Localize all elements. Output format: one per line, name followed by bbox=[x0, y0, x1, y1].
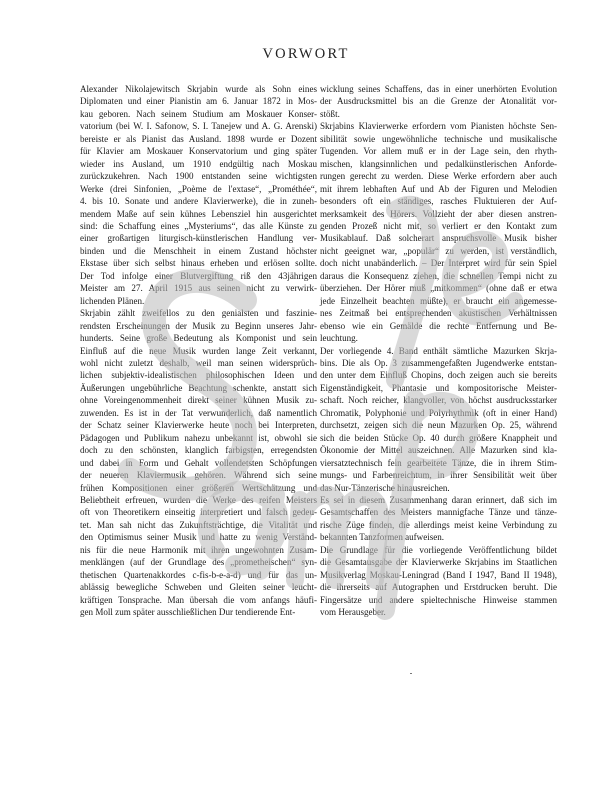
text-line: die Gesamtausgabe der Klavierwerke Skrja… bbox=[320, 556, 557, 568]
text-line: der Schatz seiner Klavierwerke heute noc… bbox=[80, 419, 317, 431]
text-line: kau geboren. Nach seinem Studium am Mosk… bbox=[80, 108, 317, 120]
text-line: das Nur-Tänzerische hinausreichen. bbox=[320, 482, 557, 494]
text-line: stößt. bbox=[320, 108, 557, 120]
text-line: menklängen (auf der Grundlage des „prome… bbox=[80, 556, 317, 568]
text-line: Die Grundlage für die vorliegende Veröff… bbox=[320, 544, 557, 556]
text-line: Ökonomie der Mittel auszeichnen. Alle Ma… bbox=[320, 444, 557, 456]
text-line: vatorium (bei W. I. Safonow, S. I. Tanej… bbox=[80, 120, 317, 132]
text-line: rungen gerecht zu werden. Diese Werke er… bbox=[320, 170, 557, 182]
paragraph: Skrjabins Klavierwerke erfordern vom Pia… bbox=[320, 120, 557, 344]
text-line: vom Herausgeber. bbox=[320, 606, 557, 618]
text-line: Der Tod infolge einer Blutvergiftung riß… bbox=[80, 270, 317, 282]
text-line: gen Moll zum später ausschließlichen Dur… bbox=[80, 606, 317, 618]
page-speck bbox=[410, 673, 412, 674]
text-line: bereiste er als Pianist das Ausland. 189… bbox=[80, 133, 317, 145]
text-line: sich die beiden Stücke Op. 40 durch größ… bbox=[320, 432, 557, 444]
text-line: rische Züge finden, die allerdings meist… bbox=[320, 519, 557, 531]
text-line: den Optimismus seiner Musik und hatte zu… bbox=[80, 531, 317, 543]
text-line: genden Prozeß nicht mit, so verliert er … bbox=[320, 220, 557, 232]
text-line: besonders oft ein ständiges, rasches Flu… bbox=[320, 195, 557, 207]
text-line: 4. bis 10. Sonate und andere Klavierwerk… bbox=[80, 195, 317, 207]
text-line: schaft. Noch reicher, klangvoller, von h… bbox=[320, 394, 557, 406]
paragraph: Skrjabin zählt zweifellos zu den genials… bbox=[80, 307, 317, 618]
text-line: und dabei in Form und Gehalt vollendetst… bbox=[80, 457, 317, 469]
text-line: rendsten Erscheinungen der Musik zu Begi… bbox=[80, 320, 317, 332]
paragraph: Alexander Nikolajewitsch Skrjabin wurde … bbox=[80, 83, 317, 307]
text-line: Alexander Nikolajewitsch Skrjabin wurde … bbox=[80, 83, 317, 95]
text-line: oft von Theoretikern einseitig interpret… bbox=[80, 506, 317, 518]
text-line: doch nicht unabänderlich. – Der Interpre… bbox=[320, 257, 557, 269]
text-line: mit ihrem lebhaften Auf und Ab der Figur… bbox=[320, 183, 557, 195]
text-line: Ekstase über sich selbst hinaus erheben … bbox=[80, 257, 317, 269]
text-line: daraus die Konsequenz ziehen, die schnel… bbox=[320, 270, 557, 282]
text-line: Pädagogen und Publikum nahezu unbekannt … bbox=[80, 432, 317, 444]
text-line: Chromatik, Polyphonie und Polyrhythmik (… bbox=[320, 407, 557, 419]
text-line: überziehen. Der Hörer muß „mitkommen“ (o… bbox=[320, 282, 557, 294]
text-line: Musikverlag Moskau-Leningrad (Band I 194… bbox=[320, 569, 557, 581]
text-line: durchsetzt, zeigen sich die neun Mazurke… bbox=[320, 419, 557, 431]
text-line: der neueren Klaviermusik gehören. Währen… bbox=[80, 469, 317, 481]
text-line: Werke (drei Sinfonien, „Poème de l'extas… bbox=[80, 183, 317, 195]
paragraph: Die Grundlage für die vorliegende Veröff… bbox=[320, 544, 557, 619]
text-line: Skrjabins Klavierwerke erfordern vom Pia… bbox=[320, 120, 557, 132]
text-line: wieder ins Ausland, um 1910 endgültig na… bbox=[80, 158, 317, 170]
text-line: Musikablauf. Daß solcherart anspruchsvol… bbox=[320, 232, 557, 244]
text-line: bekannten Tanzformen aufweisen. bbox=[320, 531, 557, 543]
text-line: Der vorliegende 4. Band enthält sämtlich… bbox=[320, 345, 557, 357]
text-line: ablässig bewegliche Schweben und Gleiten… bbox=[80, 581, 317, 593]
paragraph: Der vorliegende 4. Band enthält sämtlich… bbox=[320, 345, 557, 494]
text-line: jede Einzelheit beachten müßte), er brau… bbox=[320, 295, 557, 307]
text-line: leuchtung. bbox=[320, 332, 557, 344]
text-line: Es sei in diesem Zusammenhang daran erin… bbox=[320, 494, 557, 506]
left-column: Alexander Nikolajewitsch Skrjabin wurde … bbox=[80, 83, 317, 618]
text-line: der Ausdrucksmittel bis an die Grenze de… bbox=[320, 95, 557, 107]
text-line: ohne Voreingenommenheit direkt seiner kü… bbox=[80, 394, 317, 406]
text-line: die ihrerseits auf Autographen und Erstd… bbox=[320, 581, 557, 593]
text-line: Beliebtheit erfreuen, wurden die Werke d… bbox=[80, 494, 317, 506]
text-line: ebenso wie ein Gemälde die rechte Entfer… bbox=[320, 320, 557, 332]
text-line: merksamkeit des Hörers. Vollzieht der ab… bbox=[320, 208, 557, 220]
text-line: wicklung seines Schaffens, das in einer … bbox=[320, 83, 557, 95]
text-line: hunderts. Seine große Bedeutung als Komp… bbox=[80, 332, 317, 344]
text-line: bins. Die als Op. 3 zusammengefaßten Jug… bbox=[320, 357, 557, 369]
text-line: tet. Man sah nicht das Zukunftsträchtige… bbox=[80, 519, 317, 531]
text-line: frühen Kompositionen einer größeren Wert… bbox=[80, 482, 317, 494]
text-line: mischen, klangsinnlichen und pedalkünstl… bbox=[320, 158, 557, 170]
text-line: binden und die Menschheit in einem Zusta… bbox=[80, 245, 317, 257]
text-line: Meister am 27. April 1915 aus seinen nic… bbox=[80, 282, 317, 294]
text-line: nicht geeignet war, „populär“ zu werden,… bbox=[320, 245, 557, 257]
text-line: viersatztechnisch fein gearbeitete Tänze… bbox=[320, 457, 557, 469]
paragraph: Es sei in diesem Zusammenhang daran erin… bbox=[320, 494, 557, 544]
paragraph: wicklung seines Schaffens, das in einer … bbox=[320, 83, 557, 120]
text-line: mendem Maße auf sein kühnes Lebensziel h… bbox=[80, 208, 317, 220]
text-line: mungs- und Farbenreichtum, in ihrer Sens… bbox=[320, 469, 557, 481]
text-line: sibilität sowie ungewöhnliche technische… bbox=[320, 133, 557, 145]
text-line: nes Zeitmaß bei entsprechenden akustisch… bbox=[320, 307, 557, 319]
text-line: für Klavier am Moskauer Konservatorium u… bbox=[80, 145, 317, 157]
text-line: Eigenständigkeit, Phantasie und komposit… bbox=[320, 382, 557, 394]
text-line: wohl nicht zuletzt deshalb, weil man sei… bbox=[80, 357, 317, 369]
text-line: einer großartigen liturgisch-künstlerisc… bbox=[80, 232, 317, 244]
text-line: lichen subjektiv-idealistischen philosop… bbox=[80, 369, 317, 381]
text-line: Einfluß auf die neue Musik wurden lange … bbox=[80, 345, 317, 357]
text-line: sind: die Schaffung eines „Mysteriums“, … bbox=[80, 220, 317, 232]
right-column: wicklung seines Schaffens, das in einer … bbox=[320, 83, 557, 618]
text-line: zurückzukehren. Nach 1900 entstanden sei… bbox=[80, 170, 317, 182]
text-line: lichenden Plänen. bbox=[80, 295, 317, 307]
text-line: Diplomaten und einer Pianistin am 6. Jan… bbox=[80, 95, 317, 107]
text-line: Tugenden. Vor allem muß er in der Lage s… bbox=[320, 145, 557, 157]
text-line: kräftigen Tonsprache. Man übersah die vo… bbox=[80, 594, 317, 606]
text-line: zuwenden. Es ist in der Tat verwunderlic… bbox=[80, 407, 317, 419]
text-line: Äußerungen ungebührliche Beachtung schen… bbox=[80, 382, 317, 394]
text-line: nis für die neue Harmonik mit ihren unge… bbox=[80, 544, 317, 556]
text-line: thetischen Quartenakkordes c-fis-b-e-a-d… bbox=[80, 569, 317, 581]
text-line: den unter dem Einfluß Chopins, doch zeig… bbox=[320, 369, 557, 381]
page-title: VORWORT bbox=[0, 46, 612, 63]
text-line: doch zu den schönsten, klanglich farbigs… bbox=[80, 444, 317, 456]
text-line: Fingersätze und andere spieltechnische H… bbox=[320, 594, 557, 606]
text-line: Skrjabin zählt zweifellos zu den genials… bbox=[80, 307, 317, 319]
text-line: Gesamtschaffen des Meisters mannigfache … bbox=[320, 506, 557, 518]
